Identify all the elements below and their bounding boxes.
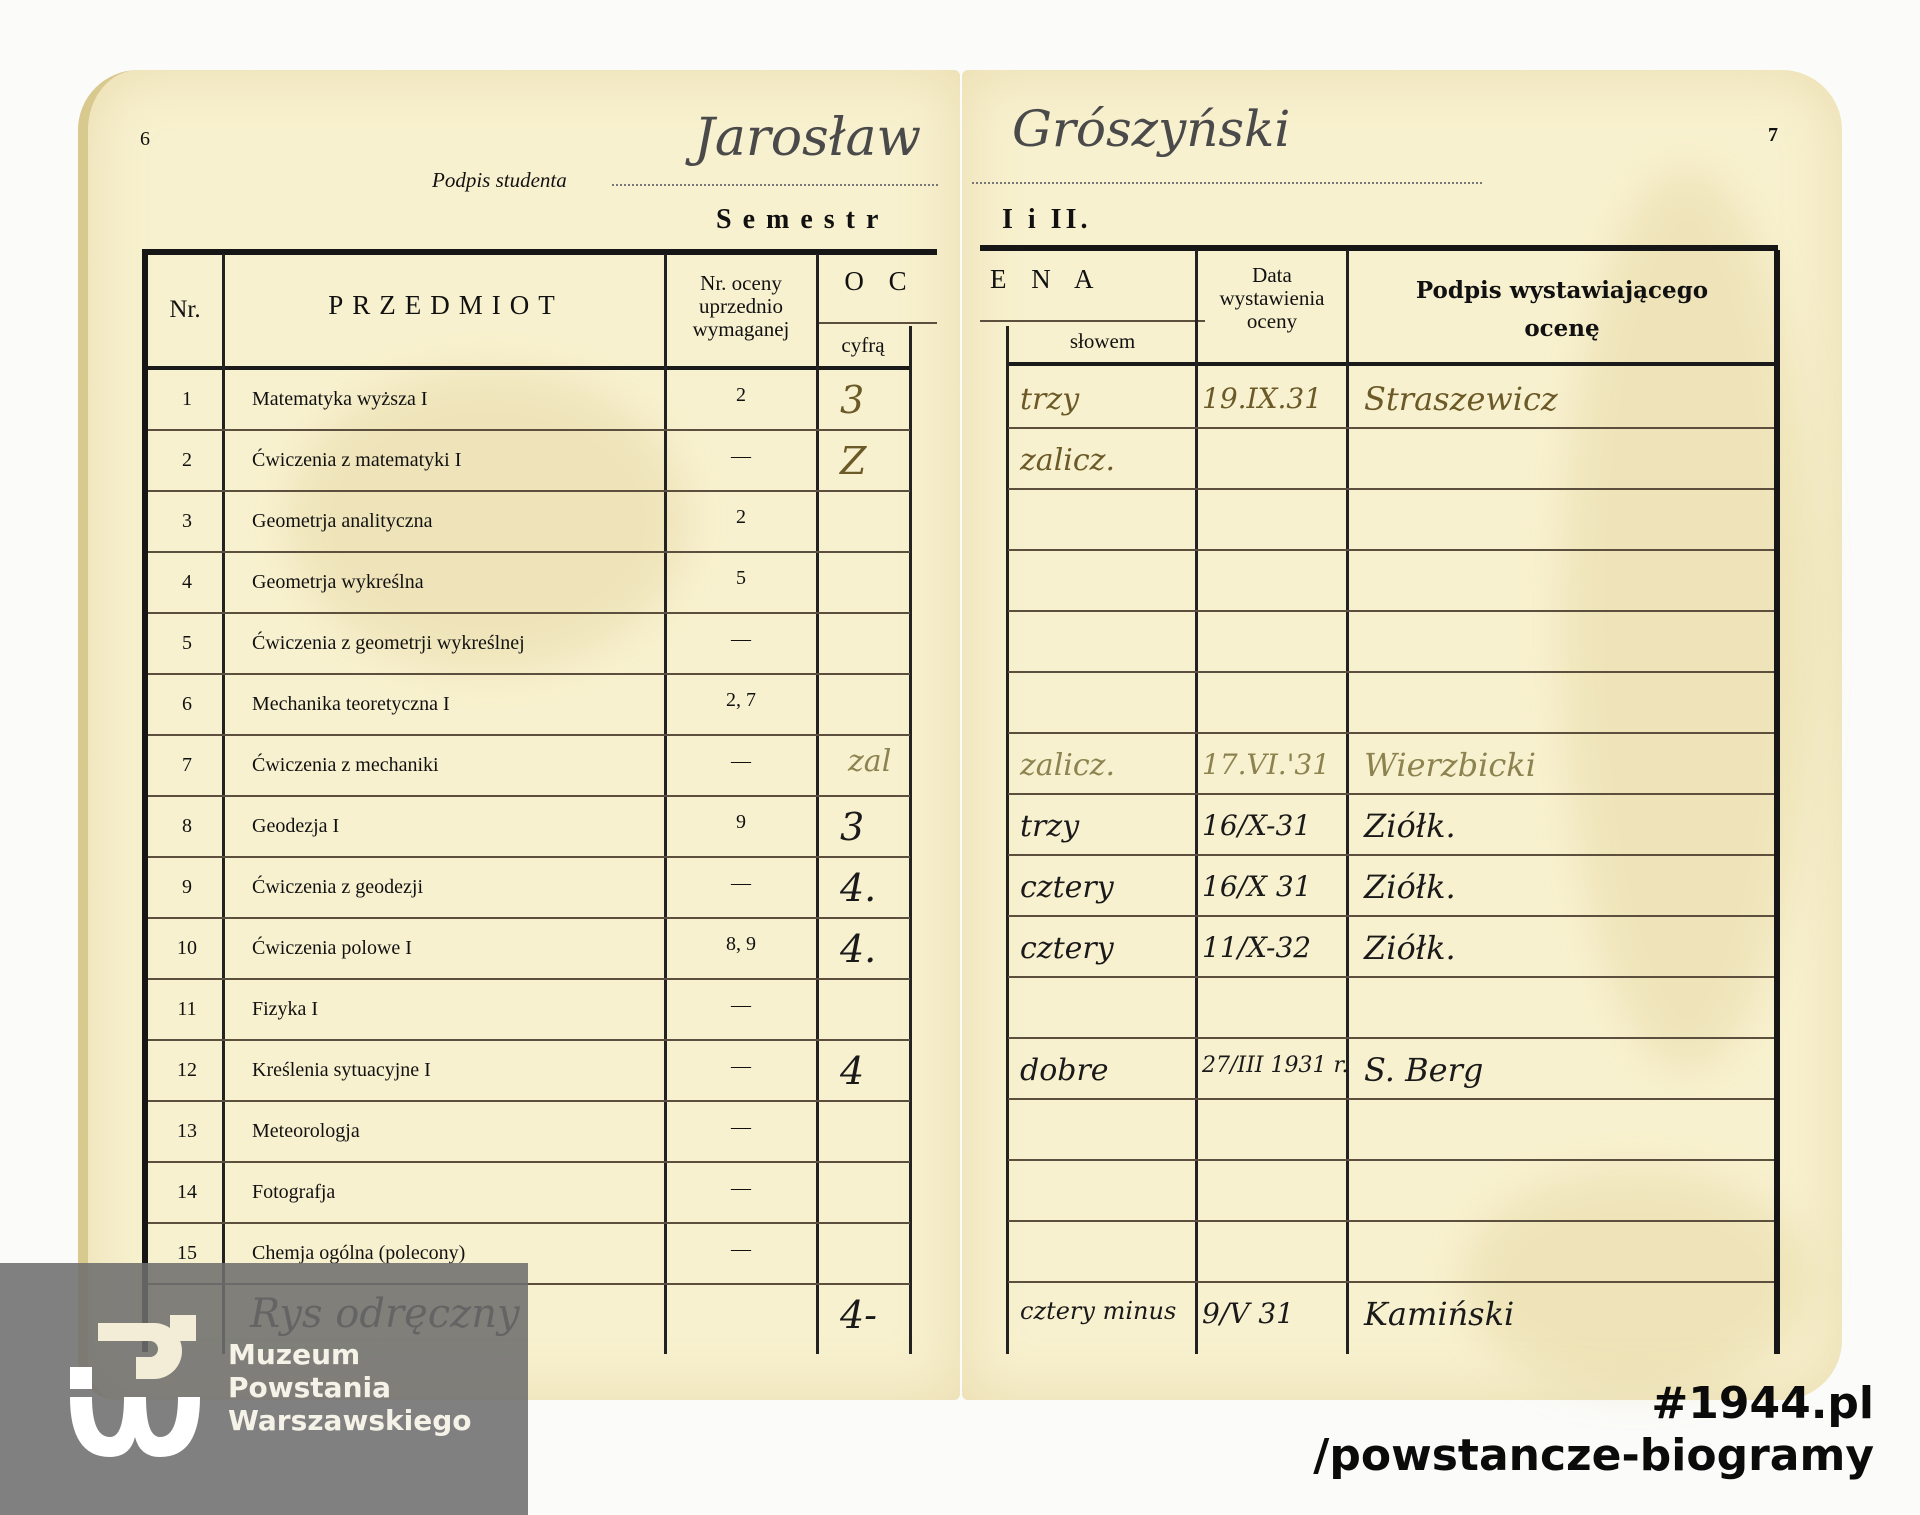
row-divider bbox=[1008, 1159, 1774, 1161]
row-divider bbox=[148, 795, 910, 797]
row-prev-grade: — bbox=[666, 872, 816, 895]
row-divider bbox=[1008, 427, 1774, 429]
page-number-right: 7 bbox=[1768, 124, 1778, 147]
row-divider bbox=[148, 612, 910, 614]
row-divider bbox=[148, 1039, 910, 1041]
page-number-left: 6 bbox=[140, 128, 150, 151]
row-signer-signature: Wierzbicki bbox=[1364, 746, 1536, 784]
row-number: 13 bbox=[152, 1120, 222, 1143]
row-grade-digit: 4- bbox=[840, 1293, 877, 1337]
row-subject: Ćwiczenia z geodezji bbox=[252, 876, 423, 899]
row-number: 14 bbox=[152, 1181, 222, 1204]
row-divider bbox=[148, 1222, 910, 1224]
row-signer-signature: Straszewicz bbox=[1364, 380, 1558, 418]
row-number: 8 bbox=[152, 815, 222, 838]
row-subject: Ćwiczenia z mechaniki bbox=[252, 754, 439, 777]
row-divider bbox=[1008, 1281, 1774, 1283]
row-subject: Geometrja analityczna bbox=[252, 510, 432, 533]
student-signature-firstname: Jarosław bbox=[694, 108, 921, 168]
header-grade-oc: O C bbox=[820, 270, 940, 293]
row-number: 2 bbox=[152, 449, 222, 472]
row-signer-signature: Ziółk. bbox=[1364, 929, 1456, 967]
row-grade-word: zalicz. bbox=[1020, 443, 1115, 478]
header-subject: PRZEDMIOT bbox=[228, 294, 664, 317]
row-prev-grade: — bbox=[666, 445, 816, 468]
row-prev-grade: 2 bbox=[666, 506, 816, 529]
row-prev-grade: — bbox=[666, 1238, 816, 1261]
row-divider bbox=[1008, 854, 1774, 856]
row-number: 12 bbox=[152, 1059, 222, 1082]
row-divider bbox=[1008, 976, 1774, 978]
row-divider bbox=[1008, 793, 1774, 795]
row-grade-word: trzy bbox=[1020, 809, 1079, 844]
row-subject: Geometrja wykreślna bbox=[252, 571, 424, 594]
row-grade-digit: zal bbox=[848, 744, 891, 779]
row-prev-grade: 8, 9 bbox=[666, 933, 816, 956]
header-grade-digit: cyfrą bbox=[816, 334, 910, 357]
row-subject: Meteorologja bbox=[252, 1120, 360, 1143]
row-prev-grade: — bbox=[666, 1177, 816, 1200]
row-signer-signature: S. Berg bbox=[1364, 1051, 1483, 1089]
row-grade-date: 27/III 1931 r. bbox=[1202, 1053, 1349, 1078]
row-prev-grade: — bbox=[666, 628, 816, 651]
row-divider bbox=[148, 734, 910, 736]
row-grade-word: zalicz. bbox=[1020, 748, 1115, 783]
row-prev-grade: 2 bbox=[666, 384, 816, 407]
row-subject: Geodezja I bbox=[252, 815, 339, 838]
semester-value: I i II. bbox=[1002, 204, 1091, 236]
row-divider bbox=[148, 978, 910, 980]
signature-line-left bbox=[612, 184, 938, 186]
row-number: 7 bbox=[152, 754, 222, 777]
row-divider bbox=[148, 856, 910, 858]
row-grade-word: trzy bbox=[1020, 382, 1079, 417]
row-grade-digit: 3 bbox=[840, 805, 864, 849]
row-divider bbox=[1008, 610, 1774, 612]
row-grade-word: cztery bbox=[1020, 931, 1114, 966]
row-divider bbox=[148, 1161, 910, 1163]
row-divider bbox=[1008, 915, 1774, 917]
row-signer-signature: Ziółk. bbox=[1364, 868, 1456, 906]
row-subject: Fizyka I bbox=[252, 998, 318, 1021]
row-signer-signature: Kamiński bbox=[1364, 1295, 1514, 1333]
row-grade-date: 16/X-31 bbox=[1202, 809, 1311, 842]
row-divider bbox=[1008, 671, 1774, 673]
row-grade-word: dobre bbox=[1020, 1053, 1109, 1088]
site-tag-path: /powstancze-biogramy bbox=[1313, 1430, 1874, 1481]
museum-name: Muzeum Powstania Warszawskiego bbox=[228, 1338, 471, 1437]
row-number: 5 bbox=[152, 632, 222, 655]
header-prev-grade: Nr. oceny uprzednio wymaganej bbox=[668, 272, 814, 341]
row-number: 9 bbox=[152, 876, 222, 899]
row-number: 1 bbox=[152, 388, 222, 411]
row-subject: Kreślenia sytuacyjne I bbox=[252, 1059, 431, 1082]
header-grade-ena: E N A bbox=[990, 268, 1110, 291]
row-grade-date: 16/X 31 bbox=[1202, 870, 1312, 903]
row-subject: Mechanika teoretyczna I bbox=[252, 693, 450, 716]
row-subject: Fotografja bbox=[252, 1181, 335, 1204]
semester-label: Semestr bbox=[716, 204, 889, 236]
site-tag-hashtag: #1944.pl bbox=[1651, 1378, 1874, 1429]
row-subject: Ćwiczenia z geometrji wykreślnej bbox=[252, 632, 525, 655]
row-divider bbox=[148, 551, 910, 553]
row-subject: Ćwiczenia polowe I bbox=[252, 937, 412, 960]
row-grade-digit: 4 bbox=[840, 1049, 864, 1093]
header-date: Data wystawienia oceny bbox=[1198, 264, 1346, 333]
row-grade-date: 11/X-32 bbox=[1202, 931, 1311, 964]
row-subject: Matematyka wyższa I bbox=[252, 388, 427, 411]
row-prev-grade: — bbox=[666, 994, 816, 1017]
row-prev-grade: — bbox=[666, 750, 816, 773]
kotwica-anchor-icon bbox=[70, 1315, 200, 1465]
row-divider bbox=[148, 917, 910, 919]
row-divider bbox=[148, 429, 910, 431]
row-grade-digit: Z bbox=[840, 439, 866, 483]
row-divider bbox=[1008, 1037, 1774, 1039]
row-number: 10 bbox=[152, 937, 222, 960]
row-divider bbox=[1008, 732, 1774, 734]
row-grade-date: 9/V 31 bbox=[1202, 1297, 1294, 1330]
header-signature: Podpis wystawiającego ocenę bbox=[1350, 272, 1774, 348]
student-signature-lastname: Grószyński bbox=[1012, 100, 1290, 158]
row-number: 11 bbox=[152, 998, 222, 1021]
row-prev-grade: 5 bbox=[666, 567, 816, 590]
row-grade-digit: 4. bbox=[840, 927, 876, 971]
signature-line-right bbox=[972, 182, 1482, 184]
row-prev-grade: 9 bbox=[666, 811, 816, 834]
header-grade-word: słowem bbox=[1010, 330, 1195, 353]
museum-watermark: Muzeum Powstania Warszawskiego bbox=[0, 1263, 528, 1515]
row-divider bbox=[1008, 549, 1774, 551]
header-nr: Nr. bbox=[148, 298, 222, 321]
row-prev-grade: — bbox=[666, 1116, 816, 1139]
row-grade-digit: 4. bbox=[840, 866, 876, 910]
row-subject: Chemja ogólna (polecony) bbox=[252, 1242, 465, 1265]
row-number: 15 bbox=[152, 1242, 222, 1265]
row-divider bbox=[1008, 1220, 1774, 1222]
row-grade-digit: 3 bbox=[840, 378, 864, 422]
row-number: 4 bbox=[152, 571, 222, 594]
row-divider bbox=[148, 673, 910, 675]
row-grade-word: cztery minus bbox=[1020, 1297, 1176, 1325]
row-number: 6 bbox=[152, 693, 222, 716]
row-grade-date: 19.IX.31 bbox=[1202, 382, 1322, 415]
row-subject: Ćwiczenia z matematyki I bbox=[252, 449, 461, 472]
row-grade-date: 17.VI.'31 bbox=[1202, 748, 1330, 781]
row-divider bbox=[1008, 1098, 1774, 1100]
row-divider bbox=[148, 1100, 910, 1102]
row-prev-grade: 2, 7 bbox=[666, 689, 816, 712]
row-signer-signature: Ziółk. bbox=[1364, 807, 1456, 845]
row-divider bbox=[148, 490, 910, 492]
row-divider bbox=[1008, 488, 1774, 490]
student-signature-label: Podpis studenta bbox=[432, 168, 567, 193]
row-number: 3 bbox=[152, 510, 222, 533]
row-prev-grade: — bbox=[666, 1055, 816, 1078]
row-grade-word: cztery bbox=[1020, 870, 1114, 905]
